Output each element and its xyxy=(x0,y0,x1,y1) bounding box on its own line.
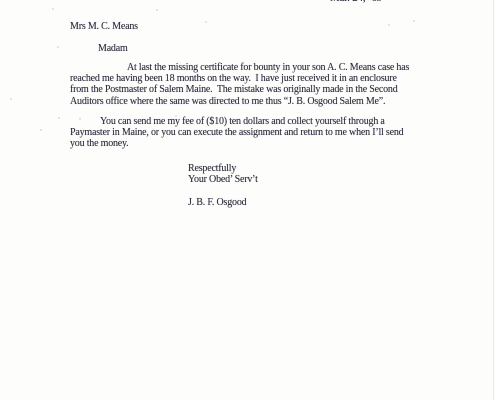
date-line: Mar. 24, ’69 xyxy=(330,0,382,4)
body-line: Auditors office where the same was direc… xyxy=(70,96,409,107)
body-line: At last the missing certificate for boun… xyxy=(70,62,409,73)
closing-respectfully-line: Respectfully xyxy=(188,163,258,174)
recipient-line: Mrs M. C. Means xyxy=(70,21,138,32)
scan-edge-line xyxy=(493,0,494,400)
scan-speckles xyxy=(52,8,54,10)
closing-block: Respectfully Your Obed’ Serv’t J. B. F. … xyxy=(188,163,258,209)
body-paragraph-2: You can send me my fee of ($10) ten doll… xyxy=(70,116,403,150)
body-line: from the Postmaster of Salem Maine. The … xyxy=(70,84,409,95)
body-line: reached me having been 18 months on the … xyxy=(70,73,409,84)
closing-obedient-servant-line: Your Obed’ Serv’t xyxy=(188,174,258,185)
body-line: You can send me my fee of ($10) ten doll… xyxy=(70,116,403,127)
body-line: you the money. xyxy=(70,138,403,149)
scanned-letter-page: Mar. 24, ’69 Mrs M. C. Means Madam At la… xyxy=(0,0,495,400)
body-paragraph-1: At last the missing certificate for boun… xyxy=(70,62,409,107)
signature-line: J. B. F. Osgood xyxy=(188,197,258,208)
body-line: Paymaster in Maine, or you can execute t… xyxy=(70,127,403,138)
salutation-line: Madam xyxy=(98,43,128,54)
